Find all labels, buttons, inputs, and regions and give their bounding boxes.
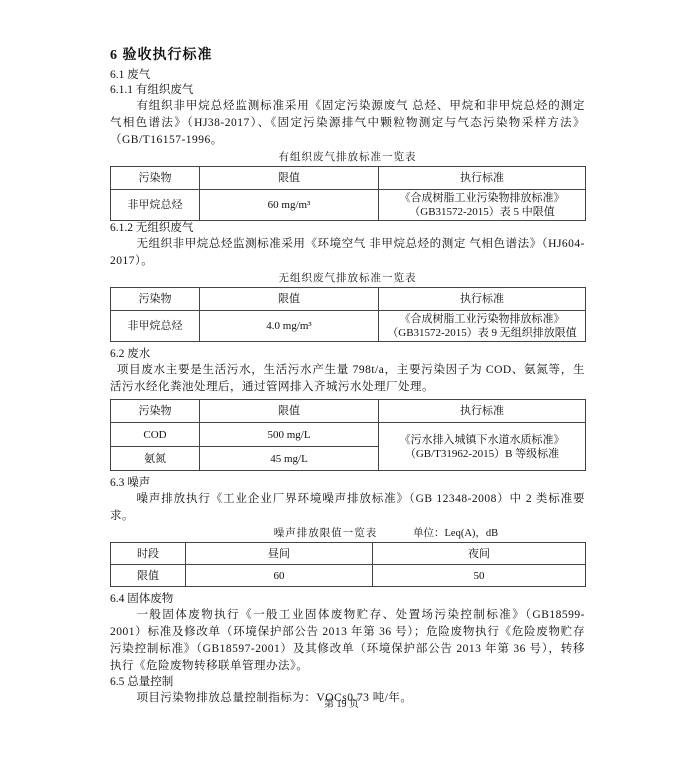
cell-limit: 60 mg/m³ xyxy=(200,190,379,221)
section-6-4-heading: 6.4 固体废物 xyxy=(110,592,585,607)
organized-gas-paragraph: 有组织非甲烷总烃监测标准采用《固定污染源废气 总烃、甲烷和非甲烷总烃的测定 气相… xyxy=(110,98,585,149)
cell-day-limit: 60 xyxy=(186,565,373,587)
section-6-1-heading: 6.1 废气 xyxy=(110,68,585,83)
table-row: COD 500 mg/L 《污水排入城镇下水道水质标准》 （GB/T31962-… xyxy=(111,423,586,447)
header-night: 夜间 xyxy=(373,543,586,565)
table-header-row: 污染物 限值 执行标准 xyxy=(111,288,586,311)
header-limit: 限值 xyxy=(200,167,379,190)
header-day: 昼间 xyxy=(186,543,373,565)
header-pollutant: 污染物 xyxy=(111,400,200,423)
solid-waste-paragraph: 一般固体废物执行《一般工业固体废物贮存、处置场污染控制标准》（GB18599-2… xyxy=(110,607,585,675)
document-page: 6 验收执行标准 6.1 废气 6.1.1 有组织废气 有组织非甲烷总烃监测标准… xyxy=(0,0,683,772)
header-standard: 执行标准 xyxy=(379,400,586,423)
cell-limit-label: 限值 xyxy=(111,565,186,587)
section-6-5-heading: 6.5 总量控制 xyxy=(110,675,585,690)
header-pollutant: 污染物 xyxy=(111,288,200,311)
table-row: 限值 60 50 xyxy=(111,565,586,587)
organized-gas-table-caption: 有组织废气排放标准一览表 xyxy=(110,151,585,164)
noise-table: 时段 昼间 夜间 限值 60 50 xyxy=(110,542,586,587)
cell-pollutant: 氨氮 xyxy=(111,447,200,471)
cell-pollutant: 非甲烷总烃 xyxy=(111,311,200,342)
unorganized-gas-paragraph: 无组织非甲烷总烃监测标准采用《环境空气 非甲烷总烃的测定 气相色谱法》（HJ60… xyxy=(110,236,585,270)
header-standard: 执行标准 xyxy=(379,288,586,311)
table-header-row: 污染物 限值 执行标准 xyxy=(111,167,586,190)
cell-limit: 45 mg/L xyxy=(200,447,379,471)
table-row: 非甲烷总烃 60 mg/m³ 《合成树脂工业污染物排放标准》 （GB31572-… xyxy=(111,190,586,221)
table-header-row: 时段 昼间 夜间 xyxy=(111,543,586,565)
noise-table-unit-label: 单位：Leq(A)，dB xyxy=(413,527,498,540)
section-6-2-heading: 6.2 废水 xyxy=(110,347,585,362)
unorganized-gas-table: 污染物 限值 执行标准 非甲烷总烃 4.0 mg/m³ 《合成树脂工业污染物排放… xyxy=(110,287,586,342)
cell-pollutant: COD xyxy=(111,423,200,447)
noise-table-caption-row: 噪声排放限值一览表 单位：Leq(A)，dB xyxy=(110,527,585,542)
header-pollutant: 污染物 xyxy=(111,167,200,190)
header-limit: 限值 xyxy=(200,400,379,423)
header-standard: 执行标准 xyxy=(379,167,586,190)
waste-water-paragraph: 项目废水主要是生活污水，生活污水产生量 798t/a，主要污染因子为 COD、氨… xyxy=(110,362,585,396)
cell-standard-merged: 《污水排入城镇下水道水质标准》 （GB/T31962-2015）B 等级标准 xyxy=(379,423,586,471)
section-6-3-heading: 6.3 噪声 xyxy=(110,476,585,491)
organized-gas-table: 污染物 限值 执行标准 非甲烷总烃 60 mg/m³ 《合成树脂工业污染物排放标… xyxy=(110,166,586,221)
page-number: 第 19 页 xyxy=(0,698,683,711)
waste-water-table: 污染物 限值 执行标准 COD 500 mg/L 《污水排入城镇下水道水质标准》… xyxy=(110,399,586,471)
noise-paragraph: 噪声排放执行《工业企业厂界环境噪声排放标准》（GB 12348-2008）中 2… xyxy=(110,491,585,525)
chapter-heading: 6 验收执行标准 xyxy=(110,48,585,64)
unorganized-gas-table-caption: 无组织废气排放标准一览表 xyxy=(110,272,585,285)
cell-pollutant: 非甲烷总烃 xyxy=(111,190,200,221)
table-header-row: 污染物 限值 执行标准 xyxy=(111,400,586,423)
cell-standard: 《合成树脂工业污染物排放标准》 （GB31572-2015）表 9 无组织排放限… xyxy=(379,311,586,342)
header-limit: 限值 xyxy=(200,288,379,311)
header-period: 时段 xyxy=(111,543,186,565)
cell-night-limit: 50 xyxy=(373,565,586,587)
section-6-1-1-heading: 6.1.1 有组织废气 xyxy=(110,83,585,98)
page-content: 6 验收执行标准 6.1 废气 6.1.1 有组织废气 有组织非甲烷总烃监测标准… xyxy=(110,48,585,707)
section-6-1-2-heading: 6.1.2 无组织废气 xyxy=(110,221,585,236)
table-row: 非甲烷总烃 4.0 mg/m³ 《合成树脂工业污染物排放标准》 （GB31572… xyxy=(111,311,586,342)
cell-limit: 4.0 mg/m³ xyxy=(200,311,379,342)
cell-standard: 《合成树脂工业污染物排放标准》 （GB31572-2015）表 5 中限值 xyxy=(379,190,586,221)
cell-limit: 500 mg/L xyxy=(200,423,379,447)
